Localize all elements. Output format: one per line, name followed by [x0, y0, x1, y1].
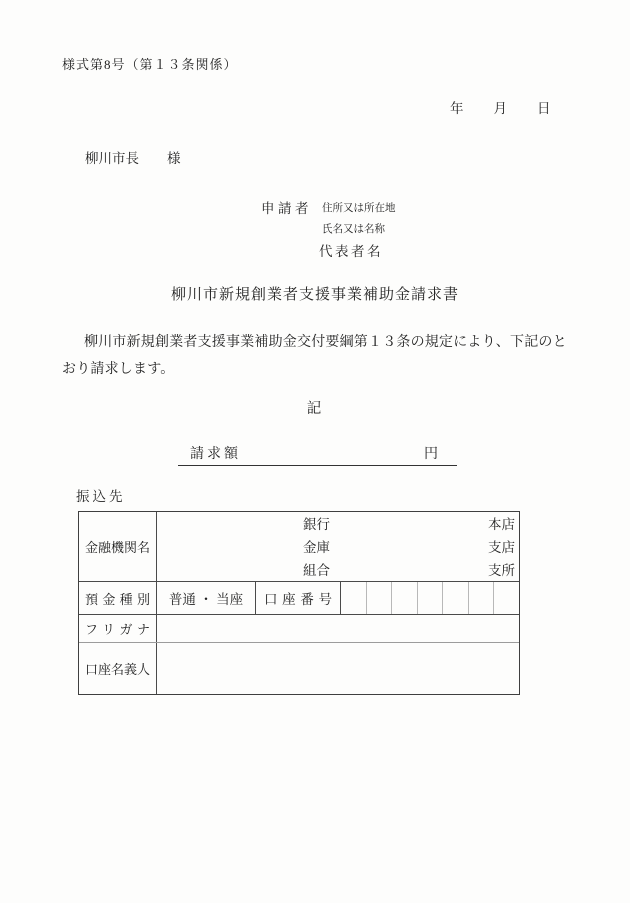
- month-label: 月: [494, 97, 508, 117]
- year-label: 年: [450, 97, 464, 117]
- account-holder-value-cell: [157, 643, 519, 694]
- financial-institution-label: 金融機関名: [85, 537, 150, 556]
- deposit-type-label-cell: 預金種別: [79, 582, 157, 614]
- branch-type-shisho: 支所: [488, 559, 515, 582]
- account-number-digit-cell: [367, 582, 393, 614]
- applicant-label: 申請者: [261, 197, 312, 217]
- addressee-line: 柳川市長 様: [85, 147, 181, 167]
- transfer-section-label: 振込先: [76, 485, 126, 505]
- addressee-name: 柳川市長: [85, 147, 139, 167]
- furigana-label-cell: フリガナ: [79, 615, 157, 642]
- amount-unit-label: 円: [424, 443, 457, 463]
- account-number-digit-cell: [341, 582, 367, 614]
- addressee-honorific: 様: [167, 147, 181, 167]
- date-line: 年 月 日: [450, 97, 551, 117]
- table-row-furigana: フリガナ: [79, 615, 519, 643]
- institution-option-line: 組合 支所: [157, 559, 519, 582]
- amount-line: 請求額 円: [178, 440, 457, 466]
- account-holder-label: 口座名義人: [85, 659, 150, 678]
- institution-option-line: 金庫 支店: [157, 536, 519, 559]
- table-row-financial-institution: 金融機関名 銀行 本店 金庫 支店 組合 支所: [79, 512, 519, 582]
- account-holder-label-cell: 口座名義人: [79, 643, 157, 694]
- branch-type-shiten: 支店: [488, 536, 515, 559]
- deposit-type-label: 預金種別: [85, 589, 150, 608]
- deposit-type-options: 普通 ・ 当座: [157, 582, 256, 614]
- table-row-deposit-type: 預金種別 普通 ・ 当座 口座番号: [79, 582, 519, 615]
- body-paragraph: 柳川市新規創業者支援事業補助金交付要綱第１３条の規定により、下記のと おり請求し…: [62, 330, 567, 383]
- account-number-digit-cell: [443, 582, 469, 614]
- account-number-digit-cell: [469, 582, 495, 614]
- table-row-account-holder: 口座名義人: [79, 643, 519, 694]
- institution-type-bank: 銀行: [303, 513, 330, 536]
- furigana-label: フリガナ: [85, 619, 150, 638]
- document-title: 柳川市新規創業者支援事業補助金請求書: [0, 283, 630, 304]
- account-number-digit-cells: [341, 582, 519, 614]
- account-number-digit-cell: [494, 582, 519, 614]
- applicant-name-label: 氏名又は名称: [322, 221, 385, 236]
- institution-type-kinko: 金庫: [303, 536, 330, 559]
- account-number-label-cell: 口座番号: [256, 582, 341, 614]
- account-number-label: 口座番号: [264, 588, 332, 608]
- form-number: 様式第8号（第１３条関係）: [62, 54, 238, 73]
- account-number-digit-cell: [418, 582, 444, 614]
- financial-institution-input-cell: 銀行 本店 金庫 支店 組合 支所: [157, 512, 519, 581]
- branch-type-honten: 本店: [488, 513, 515, 536]
- document-page: 様式第8号（第１３条関係） 年 月 日 柳川市長 様 申請者 住所又は所在地 氏…: [0, 0, 630, 903]
- institution-option-line: 銀行 本店: [157, 513, 519, 536]
- body-line-1: 柳川市新規創業者支援事業補助金交付要綱第１３条の規定により、下記のと: [62, 330, 567, 357]
- furigana-value-cell: [157, 615, 519, 642]
- account-number-digit-cell: [392, 582, 418, 614]
- day-label: 日: [537, 97, 551, 117]
- financial-institution-label-cell: 金融機関名: [79, 512, 157, 581]
- record-marker: 記: [0, 397, 630, 418]
- applicant-address-label: 住所又は所在地: [322, 200, 396, 215]
- amount-label: 請求額: [178, 443, 241, 463]
- institution-type-kumiai: 組合: [303, 559, 330, 582]
- bank-transfer-table: 金融機関名 銀行 本店 金庫 支店 組合 支所 預金種別: [78, 511, 520, 695]
- applicant-representative-label: 代表者名: [319, 240, 383, 260]
- body-line-2: おり請求します。: [62, 357, 567, 384]
